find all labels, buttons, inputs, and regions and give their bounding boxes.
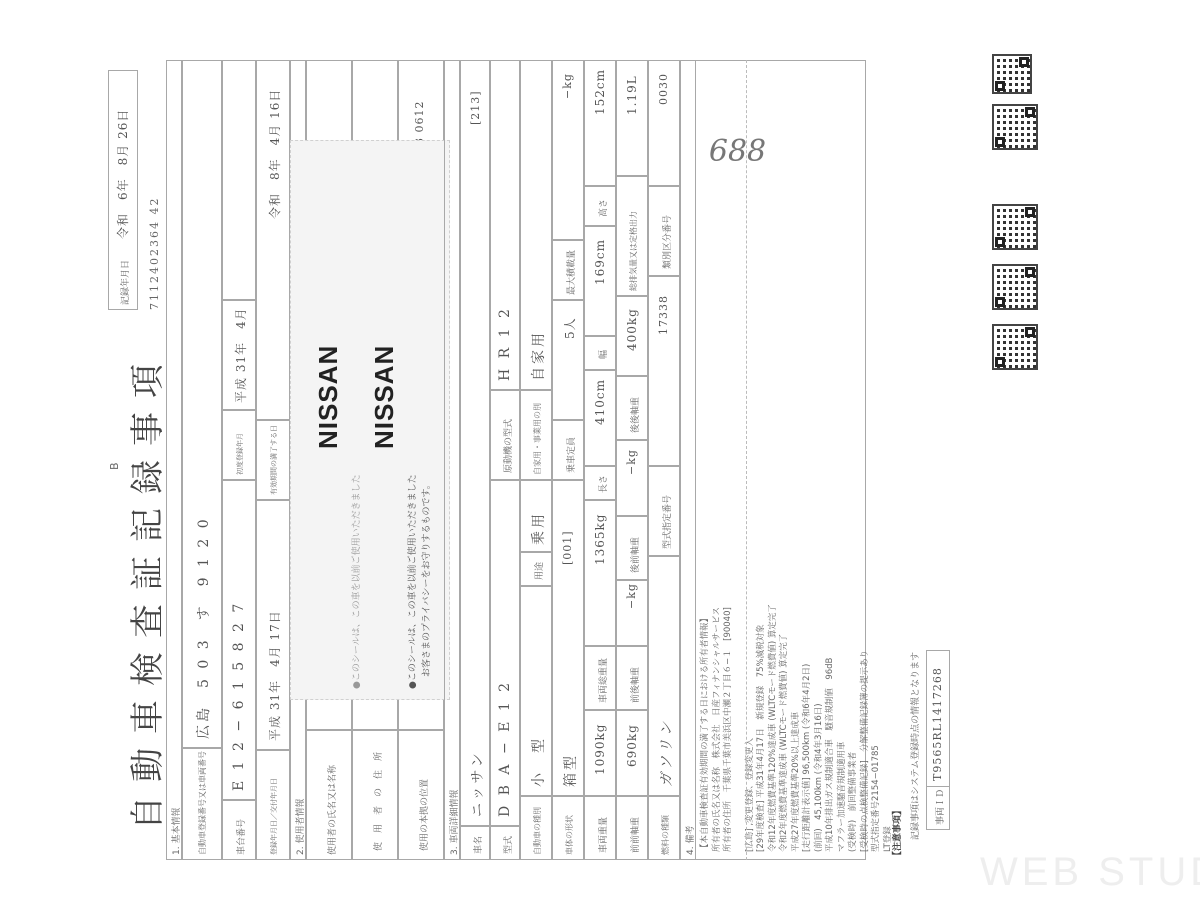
reg-date-label: 登録年月日／交付年月日 xyxy=(269,778,279,855)
fuel-value: ガソリン xyxy=(656,719,676,787)
use-value-cell: 自家用 xyxy=(520,60,552,390)
note-line: 令和12年度燃費基準120%達成車 (WLTCモード燃費値) 算定完了 xyxy=(768,604,780,852)
engine-model-label: 原動機の型式 xyxy=(501,419,514,473)
section2-heading: 2. 使用者情報 xyxy=(293,799,306,855)
notes-list: 【本自動車検査証有効期間の満了する日における所有者情報】所有者の氏名又は名称 株… xyxy=(700,604,894,852)
record-date-box: 記録年月日 令和 6年 8月 26日 xyxy=(108,70,138,310)
section1-header: 1. 基本情報 xyxy=(166,60,182,860)
make-label: 車名 xyxy=(471,836,484,854)
document-title: 自動車検査証記録事項 xyxy=(120,350,169,830)
section4-header: 4. 備考 xyxy=(680,60,696,860)
displacement-value: 1.19L xyxy=(625,75,639,115)
body-shape-label: 車体の形状 xyxy=(564,815,575,855)
record-date-value: 令和 6年 8月 26日 xyxy=(114,109,131,239)
max-load-value-cell: −kg xyxy=(552,60,584,240)
make-label-cell: 車名 xyxy=(460,826,490,860)
note-line: [受検時の点検整備記録] 分解整備記録簿の提示あり xyxy=(860,604,872,852)
note-line: マフラー加速騒音規制適用車 xyxy=(837,604,849,852)
use-value: 自家用 xyxy=(528,330,548,381)
gross-weight-value-cell: 1365kg xyxy=(584,500,616,646)
section4-heading: 4. 備考 xyxy=(683,826,696,855)
expiry-label-cell: 有効期間の満了する日 xyxy=(256,420,290,500)
width-label: 幅 xyxy=(596,350,609,359)
registration-label: 自動車登録番号又は車両番号 xyxy=(197,751,208,855)
reg-date-label-cell: 登録年月日／交付年月日 xyxy=(256,750,290,860)
qr-code-icon xyxy=(992,104,1038,150)
note-line: 令和2年度燃費基準達成車 (WLTCモード燃費値) 算定完了 xyxy=(779,604,791,852)
fuel-label: 燃料の種類 xyxy=(660,815,671,855)
weight-label-cell: 車両重量 xyxy=(584,796,616,860)
business-id-divider xyxy=(927,786,949,787)
length-label-cell: 長さ xyxy=(584,466,616,500)
length-label: 長さ xyxy=(596,475,609,493)
body-code: [001] xyxy=(561,530,574,565)
length-value-cell: 410cm xyxy=(584,370,616,466)
height-label: 高さ xyxy=(596,199,609,217)
section3-header: 3. 車両詳細情報 xyxy=(444,60,460,860)
displacement-value-cell: 1.19L xyxy=(616,60,648,176)
seal-notice-1: ●このシールは、この車を以前ご使用いただきました xyxy=(405,474,418,689)
height-value-cell: 152cm xyxy=(584,60,616,186)
chassis-label-cell: 車台番号 xyxy=(222,800,256,860)
note-line: 所有者の氏名又は名称 株式会社 日産フィナンシャルサービス xyxy=(712,604,724,852)
section1-heading: 1. 基本情報 xyxy=(169,808,182,855)
privacy-seal: NISSAN ●このシールは、この車を以前ご使用いただきました NISSAN ●… xyxy=(290,140,450,700)
registration-value-cell: 広島 5 0 3 す 9 1 2 0 xyxy=(182,60,222,748)
rear-axle-label: 後後軸重 xyxy=(628,397,641,433)
use-label: 自家用・事業用の別 xyxy=(532,403,543,475)
car-type-label: 自動車の種別 xyxy=(532,807,543,855)
expiry-value: 令和 8年 4月 16日 xyxy=(266,89,283,219)
rear-front-axle-label: 後前軸重 xyxy=(628,537,641,573)
expiry-value-cell: 令和 8年 4月 16日 xyxy=(256,60,290,420)
gross-weight-label: 車両総重量 xyxy=(596,658,609,703)
front-axle-label-cell: 前前軸重 xyxy=(616,796,648,860)
model-label-cell: 型式 xyxy=(490,826,520,860)
category-label-cell: 類別区分番号 xyxy=(648,186,680,276)
note-line: 型式指定番号2154−01785 xyxy=(871,604,883,852)
rear-front-axle-value-cell: −kg xyxy=(616,440,648,516)
note-line: 平成27年度燃費基準20%以上達成車 xyxy=(791,604,803,852)
rear-axle-value-cell: 400kg xyxy=(616,296,648,376)
height-label-cell: 高さ xyxy=(584,186,616,226)
qr-code-icon xyxy=(992,54,1032,94)
body-shape-value-cell: 箱型 [001] xyxy=(552,480,584,796)
purpose-label: 用途 xyxy=(532,562,545,580)
width-value-cell: 169cm xyxy=(584,226,616,336)
handwritten-note: 688 xyxy=(709,134,766,169)
model-value: D B A − E 1 2 xyxy=(497,680,513,817)
inspection-certificate-document: B 自動車検査証記録事項 記録年月日 令和 6年 8月 26日 71124023… xyxy=(100,50,1100,870)
seal-notice-2: お客さまのプライバシーをお守りするものです。 xyxy=(419,480,432,677)
note-line: (前回) 45,100km (令和4年3月16日) xyxy=(814,604,826,852)
nissan-logo-1: NISSAN xyxy=(313,345,344,449)
rear-axle-label-cell: 後後軸重 xyxy=(616,376,648,440)
first-reg-value-cell: 平成 31年 4月 xyxy=(222,300,256,410)
max-load-label-cell: 最大積載量 xyxy=(552,240,584,300)
body-shape-label-cell: 車体の形状 xyxy=(552,796,584,860)
make-code: [213] xyxy=(469,90,482,125)
chassis-value: E 1 2 − 6 1 5 8 2 7 xyxy=(231,601,247,791)
capacity-label: 乗車定員 xyxy=(564,437,577,473)
type-approval-label-cell: 型式指定番号 xyxy=(648,466,680,556)
first-reg-value: 平成 31年 4月 xyxy=(232,307,249,403)
category-value-cell: 0030 xyxy=(648,60,680,186)
notes-divider xyxy=(746,60,747,860)
seal-notice-faded: ●このシールは、この車を以前ご使用いただきました xyxy=(349,474,362,689)
use-label-cell: 自家用・事業用の別 xyxy=(520,390,552,480)
capacity-value: 5人 xyxy=(561,317,578,339)
type-approval-label: 型式指定番号 xyxy=(660,495,673,549)
notice-text: 記録事項はシステム登録時点の情報となります xyxy=(908,652,921,840)
front-axle-value-cell: 690kg xyxy=(616,710,648,796)
business-id-value: T9565RL1417268 xyxy=(931,667,944,781)
car-type-label-cell: 自動車の種別 xyxy=(520,796,552,860)
width-value: 169cm xyxy=(593,239,607,285)
chassis-label: 車台番号 xyxy=(234,819,247,855)
displacement-label: 総排気量又は定格出力 xyxy=(628,211,639,291)
chassis-value-cell: E 1 2 − 6 1 5 8 2 7 xyxy=(222,480,256,800)
length-value: 410cm xyxy=(593,379,607,425)
fuel-value-cell: ガソリン xyxy=(648,556,680,796)
front-rear-axle-value-cell: −kg xyxy=(616,580,648,646)
note-line: 【本自動車検査証有効期間の満了する日における所有者情報】 xyxy=(700,604,712,852)
note-line: 所有者の住所 千葉県千葉市美浜区中瀬２丁目６−１ [90040] xyxy=(723,604,735,852)
business-id-label: 事両ＩＤ xyxy=(933,789,946,825)
note-line: [29年度検査] 平成31年4月17日 新規登録 75%減税対象 xyxy=(756,604,768,852)
max-load-label: 最大積載量 xyxy=(564,250,577,295)
serial-number: 7112402364 42 xyxy=(148,197,161,310)
expiry-cell xyxy=(222,60,256,300)
width-label-cell: 幅 xyxy=(584,336,616,370)
reg-date-value: 平成 31年 4月 17日 xyxy=(266,610,283,741)
note-line: 平成10年排出ガス規制適合車 騒音規制値 96dB xyxy=(825,604,837,852)
fuel-label-cell: 燃料の種類 xyxy=(648,796,680,860)
category-value: 0030 xyxy=(657,73,670,105)
weight-value: 1090kg xyxy=(593,724,607,776)
front-rear-axle-label: 前後軸重 xyxy=(628,667,641,703)
first-reg-label-cell: 初度登録年月 xyxy=(222,410,256,480)
rear-front-axle-value: −kg xyxy=(625,449,638,475)
registration-value: 広島 5 0 3 す 9 1 2 0 xyxy=(193,516,213,739)
registration-label-cell: 自動車登録番号又は車両番号 xyxy=(182,748,222,860)
max-load-value: −kg xyxy=(561,73,574,99)
displacement-label-cell: 総排気量又は定格出力 xyxy=(616,176,648,296)
user-address-label-cell: 使 用 者 の 住 所 xyxy=(352,730,398,860)
first-reg-label: 初度登録年月 xyxy=(235,433,245,475)
expiry-label: 有効期間の満了する日 xyxy=(269,425,279,495)
notice-heading: 【注意事項】 xyxy=(890,806,903,860)
front-axle-label: 前前軸重 xyxy=(628,817,641,853)
model-label: 型式 xyxy=(501,836,514,854)
base-location-label: 使用の本拠の位置 xyxy=(417,779,430,851)
note-line: (受検時) 前回整備事業者 xyxy=(848,604,860,852)
weight-label: 車両重量 xyxy=(596,817,609,853)
notes-area: 【本自動車検査証有効期間の満了する日における所有者情報】所有者の氏名又は名称 株… xyxy=(696,60,866,860)
purpose-label-cell: 用途 xyxy=(520,552,552,586)
note-line: [走行距離計表示値] 96,500km (令和6年4月2日) xyxy=(802,604,814,852)
user-address-label: 使 用 者 の 住 所 xyxy=(371,752,384,851)
capacity-label-cell: 乗車定員 xyxy=(552,420,584,480)
car-type-value: 小 型 xyxy=(528,736,548,787)
gross-weight-value: 1365kg xyxy=(593,514,607,566)
user-name-label: 使用者の氏名又は名称 xyxy=(325,765,338,855)
weight-value-cell: 1090kg xyxy=(584,710,616,796)
reg-date-value-cell: 平成 31年 4月 17日 xyxy=(256,500,290,750)
nissan-logo-2: NISSAN xyxy=(369,345,400,449)
front-rear-axle-label-cell: 前後軸重 xyxy=(616,646,648,710)
capacity-value-cell: 5人 xyxy=(552,300,584,420)
make-value-cell: ニッサン [213] xyxy=(460,60,490,826)
make-value: ニッサン xyxy=(467,750,487,817)
purpose-value: 乗用 xyxy=(528,511,548,545)
base-location-label-cell: 使用の本拠の位置 xyxy=(398,730,444,860)
record-date-label: 記録年月日 xyxy=(118,260,131,305)
purpose-value-cell: 乗用 xyxy=(520,480,552,552)
qr-code-icon xyxy=(992,324,1038,370)
body-shape-value: 箱型 xyxy=(560,753,580,787)
user-name-label-cell: 使用者の氏名又は名称 xyxy=(306,730,352,860)
gross-weight-label-cell: 車両総重量 xyxy=(584,646,616,710)
front-rear-axle-value: −kg xyxy=(625,583,638,609)
rear-axle-value: 400kg xyxy=(625,308,639,351)
qr-code-icon xyxy=(992,264,1038,310)
business-id-box: 事両ＩＤ T9565RL1417268 xyxy=(926,650,950,830)
watermark: WEB STUDIO PRO xyxy=(980,850,1200,895)
engine-model-value-cell: H R 1 2 xyxy=(490,60,520,390)
front-axle-value: 690kg xyxy=(625,724,639,767)
type-approval-value: 17338 xyxy=(657,295,670,335)
type-approval-value-cell: 17338 xyxy=(648,276,680,466)
engine-model-value: H R 1 2 xyxy=(497,306,513,381)
height-value: 152cm xyxy=(593,69,607,115)
category-label: 類別区分番号 xyxy=(660,215,673,269)
rear-front-axle-label-cell: 後前軸重 xyxy=(616,516,648,580)
engine-model-label-cell: 原動機の型式 xyxy=(490,390,520,480)
section3-heading: 3. 車両詳細情報 xyxy=(447,790,460,855)
model-value-cell: D B A − E 1 2 xyxy=(490,480,520,826)
qr-code-icon xyxy=(992,204,1038,250)
car-type-value-cell: 小 型 xyxy=(520,586,552,796)
